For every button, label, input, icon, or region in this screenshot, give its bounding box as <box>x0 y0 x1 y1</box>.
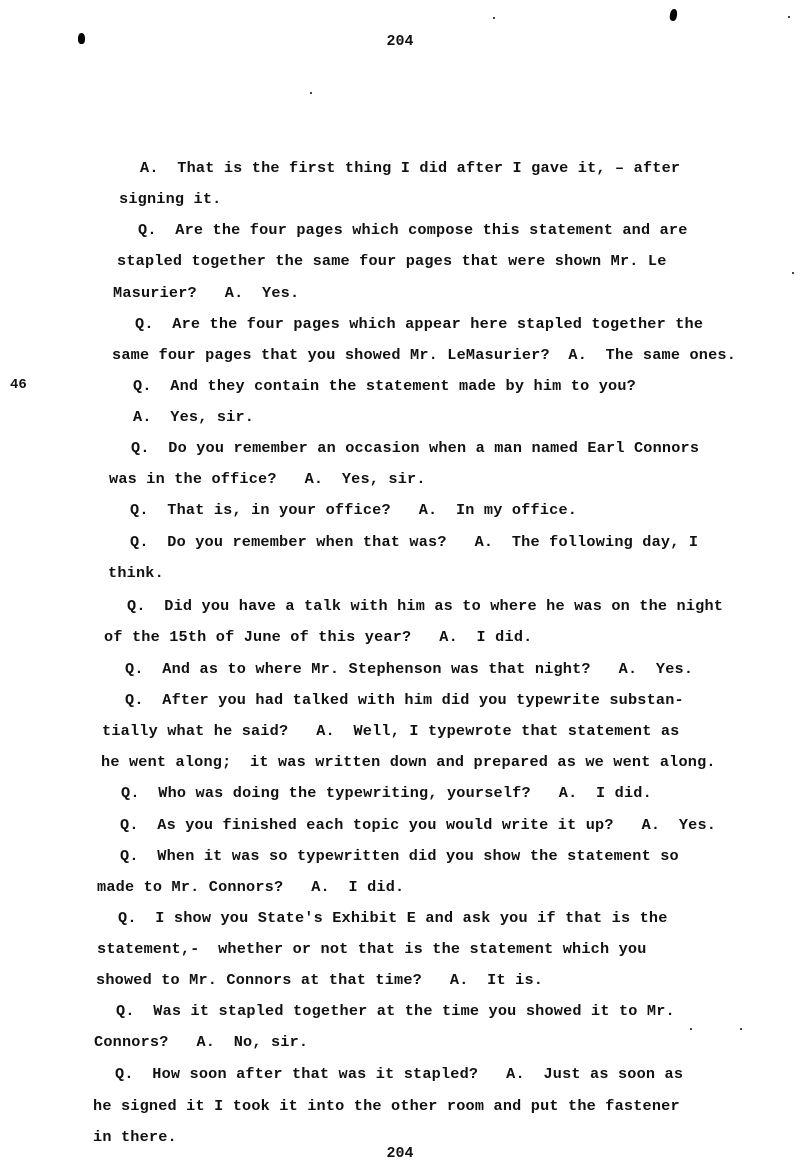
transcript-line: statement,- whether or not that is the s… <box>97 939 647 959</box>
transcript-line: stapled together the same four pages tha… <box>117 251 667 271</box>
transcript-line: Q. I show you State's Exhibit E and ask … <box>118 908 668 928</box>
ink-blot-mark <box>669 8 678 21</box>
transcript-line: Q. As you finished each topic you would … <box>120 815 716 835</box>
page-number-bottom: 204 <box>0 1145 800 1162</box>
document-page: 204 46 A. That is the first thing I did … <box>0 0 800 1170</box>
margin-line-number: 46 <box>10 377 27 393</box>
transcript-line: he signed it I took it into the other ro… <box>93 1096 680 1116</box>
transcript-line: Connors? A. No, sir. <box>94 1032 308 1052</box>
transcript-line: same four pages that you showed Mr. LeMa… <box>112 345 736 365</box>
transcript-line: Q. Do you remember when that was? A. The… <box>130 532 698 552</box>
transcript-line: tially what he said? A. Well, I typewrot… <box>102 721 679 741</box>
scan-speck <box>310 92 312 94</box>
transcript-line: Q. Are the four pages which appear here … <box>135 314 703 334</box>
transcript-line: showed to Mr. Connors at that time? A. I… <box>96 970 543 990</box>
transcript-line: A. Yes, sir. <box>133 407 254 427</box>
transcript-line: Q. And they contain the statement made b… <box>133 376 636 396</box>
transcript-line: Q. And as to where Mr. Stephenson was th… <box>125 659 693 679</box>
transcript-line: Q. Did you have a talk with him as to wh… <box>127 596 723 616</box>
transcript-line: Masurier? A. Yes. <box>113 283 299 303</box>
transcript-line: Q. That is, in your office? A. In my off… <box>130 500 577 520</box>
transcript-line: of the 15th of June of this year? A. I d… <box>104 627 532 647</box>
transcript-line: A. That is the first thing I did after I… <box>140 158 680 178</box>
transcript-line: made to Mr. Connors? A. I did. <box>97 877 404 897</box>
scan-speck <box>690 1028 692 1030</box>
transcript-line: was in the office? A. Yes, sir. <box>109 469 426 489</box>
transcript-line: in there. <box>93 1127 177 1147</box>
transcript-line: he went along; it was written down and p… <box>101 752 716 772</box>
transcript-line: Q. Was it stapled together at the time y… <box>116 1001 675 1021</box>
scan-speck <box>493 17 495 19</box>
transcript-line: Q. How soon after that was it stapled? A… <box>115 1064 683 1084</box>
transcript-line: Q. Who was doing the typewriting, yourse… <box>121 783 652 803</box>
page-number-top: 204 <box>0 33 800 50</box>
transcript-line: Q. After you had talked with him did you… <box>125 690 684 710</box>
transcript-line: Q. When it was so typewritten did you sh… <box>120 846 679 866</box>
transcript-line: Q. Are the four pages which compose this… <box>138 220 688 240</box>
scan-speck <box>792 272 794 274</box>
scan-speck <box>788 16 790 18</box>
transcript-line: Q. Do you remember an occasion when a ma… <box>131 438 699 458</box>
transcript-line: think. <box>108 563 164 583</box>
scan-speck <box>740 1028 742 1030</box>
transcript-line: signing it. <box>119 189 221 209</box>
